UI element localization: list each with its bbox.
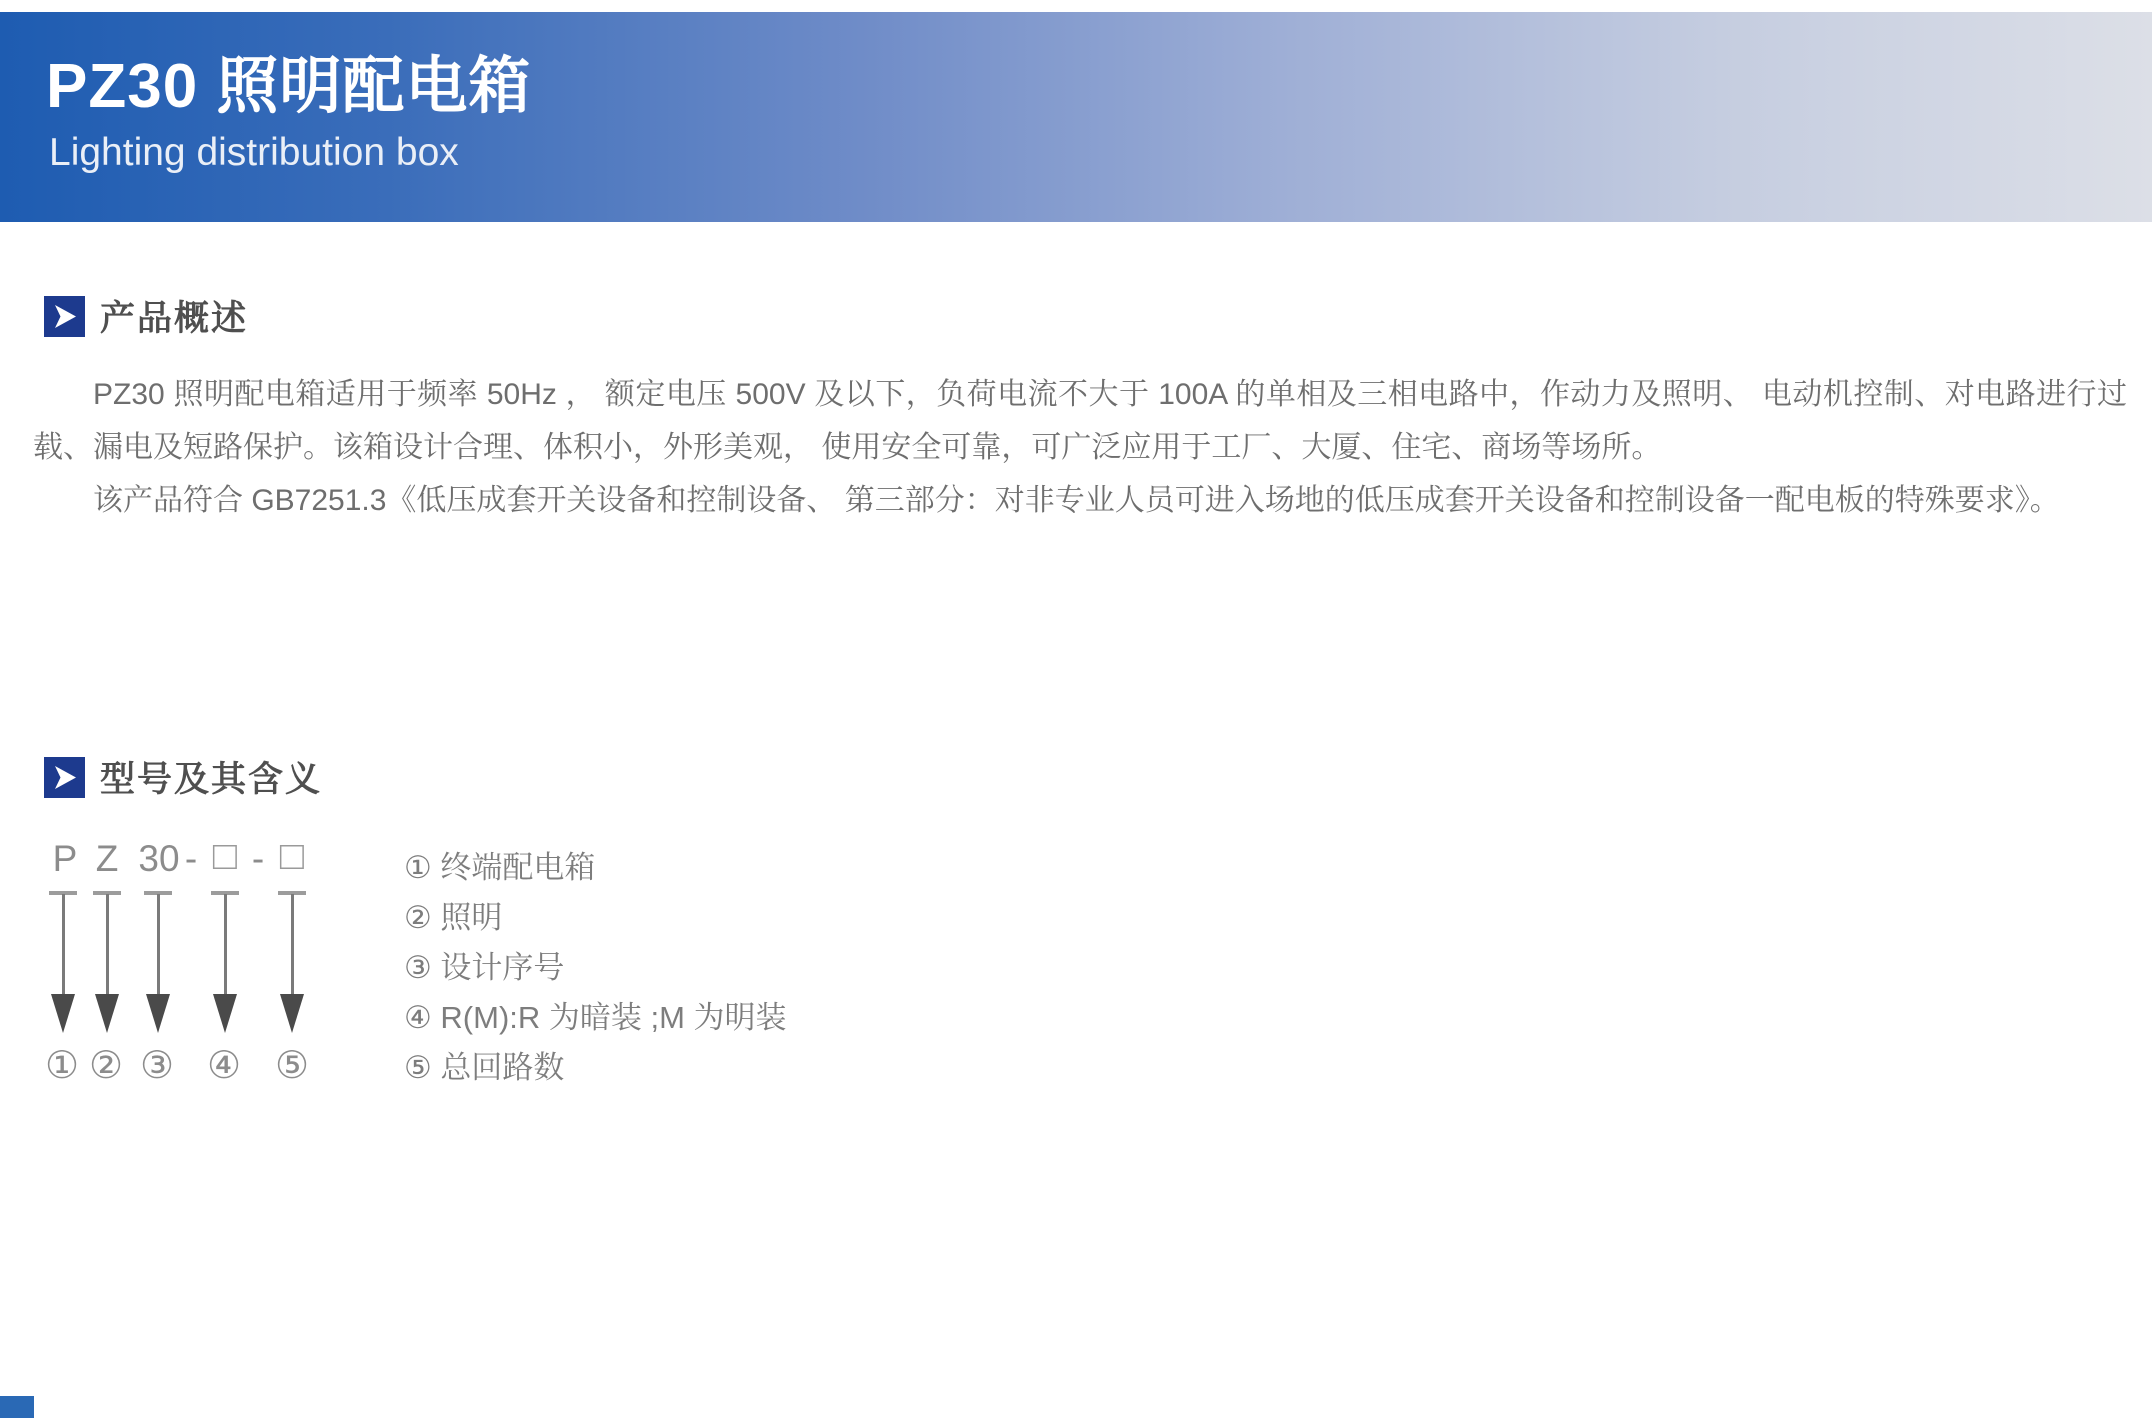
model-code-part: Z [96, 838, 119, 880]
legend-item: ③ 设计序号 [404, 943, 787, 993]
down-arrow-icon [278, 891, 306, 1033]
down-arrow-icon [211, 891, 239, 1033]
model-code-dash: - [252, 838, 264, 880]
circled-number: ⑤ [275, 1043, 309, 1088]
legend-item: ④ R(M):R 为暗装 ;M 为明装 [404, 993, 787, 1043]
circled-number: ① [45, 1043, 79, 1088]
circled-number: ③ [140, 1043, 174, 1088]
arrow-right-icon [44, 757, 85, 798]
overview-paragraph-2: 该产品符合 GB7251.3《低压成套开关设备和控制设备、 第三部分：对非专业人… [33, 474, 2127, 527]
model-code-placeholder-box: □ [280, 834, 304, 879]
overview-text: PZ30 照明配电箱适用于频率 50Hz ， 额定电压 500V 及以下，负荷电… [33, 368, 2127, 527]
circled-number: ② [89, 1043, 123, 1088]
down-arrow-icon [144, 891, 172, 1033]
model-code-part: 30 [138, 838, 179, 880]
page-title: PZ30 照明配电箱 [46, 52, 2152, 122]
section-title-overview: 产品概述 [100, 291, 248, 341]
section-title-model: 型号及其含义 [100, 752, 322, 802]
legend-item: ② 照明 [404, 893, 787, 943]
legend-item: ⑤ 总回路数 [404, 1043, 787, 1093]
page-subtitle: Lighting distribution box [49, 130, 2152, 176]
down-arrow-icon [49, 891, 77, 1033]
circled-number: ④ [207, 1043, 241, 1088]
footer-accent-bar [0, 1396, 34, 1418]
model-legend: ① 终端配电箱 ② 照明 ③ 设计序号 ④ R(M):R 为暗装 ;M 为明装 … [404, 843, 787, 1093]
model-code-part: P [53, 838, 78, 880]
model-code-placeholder-box: □ [213, 834, 237, 879]
arrow-right-icon [44, 296, 85, 337]
legend-item: ① 终端配电箱 [404, 843, 787, 893]
section-heading-model: 型号及其含义 [44, 752, 322, 802]
model-code-dash: - [185, 838, 197, 880]
page-header: PZ30 照明配电箱 Lighting distribution box [0, 12, 2152, 222]
section-heading-overview: 产品概述 [44, 291, 248, 341]
down-arrow-icon [93, 891, 121, 1033]
overview-paragraph-1: PZ30 照明配电箱适用于频率 50Hz ， 额定电压 500V 及以下，负荷电… [33, 368, 2127, 474]
